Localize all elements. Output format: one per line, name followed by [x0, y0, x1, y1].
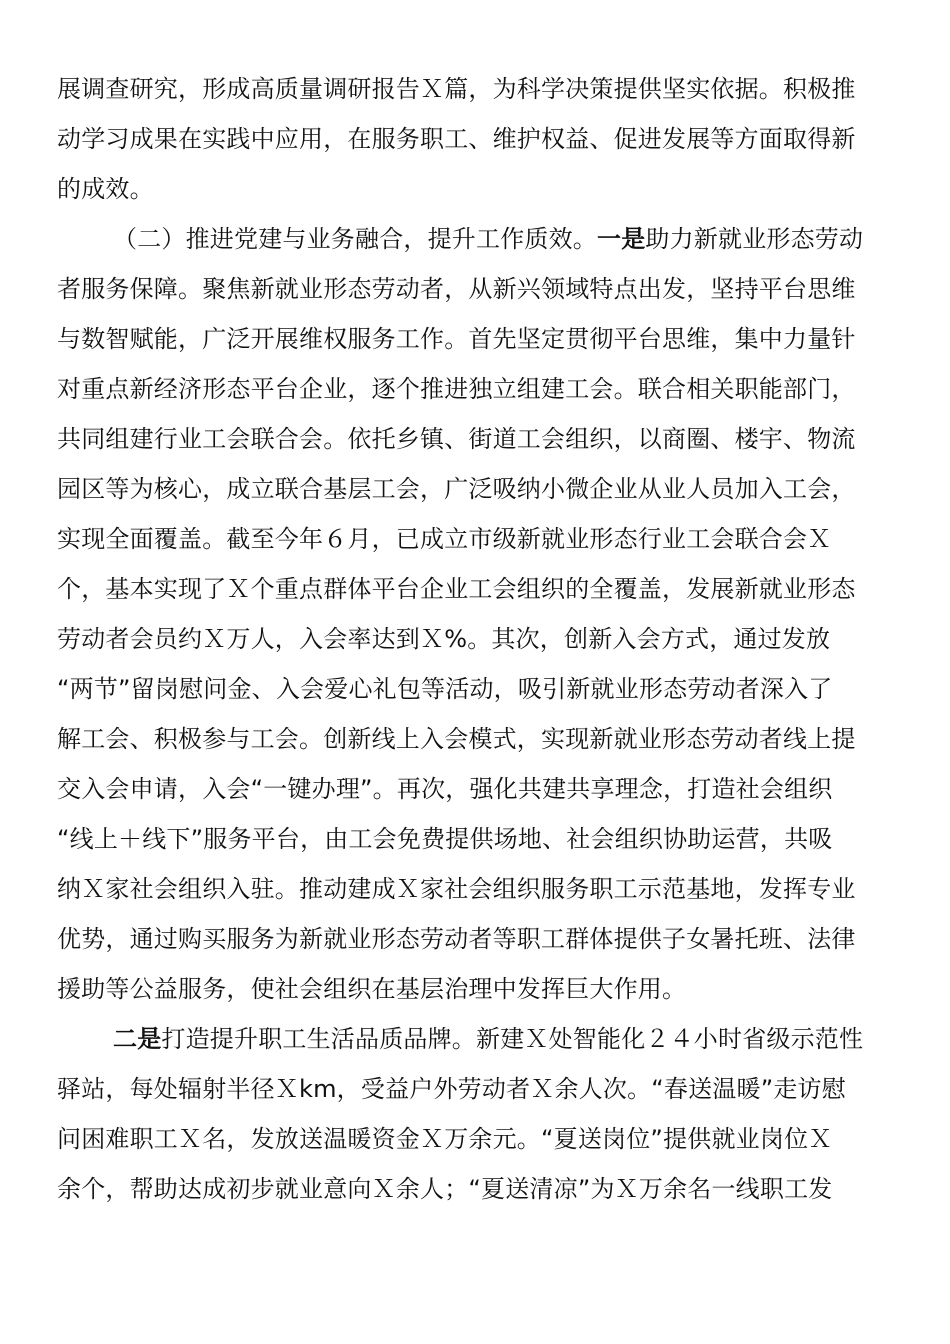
- text-segment: 个，基本实现了Ｘ个重点群体平台企业工会组织的全覆盖，发展新就业形态: [57, 575, 856, 603]
- text-line: 展调查研究，形成高质量调研报告Ｘ篇，为科学决策提供坚实依据。积极推: [57, 64, 887, 114]
- text-line: 驿站，每处辐射半径Ｘkm，受益户外劳动者Ｘ余人次。“春送温暖”走访慰: [57, 1064, 887, 1114]
- text-line: 二是打造提升职工生活品质品牌。新建Ｘ处智能化２４小时省级示范性: [57, 1014, 887, 1064]
- text-segment: 展调查研究，形成高质量调研报告Ｘ篇，为科学决策提供坚实依据。积极推: [57, 75, 856, 103]
- text-segment: 劳动者会员约Ｘ万人，入会率达到Ｘ%。其次，创新入会方式，通过发放: [57, 625, 830, 653]
- text-segment: 优势，通过购买服务为新就业形态劳动者等职工群体提供子女暑托班、法律: [57, 925, 856, 953]
- text-line: 与数智赋能，广泛开展维权服务工作。首先坚定贯彻平台思维，集中力量针: [57, 314, 887, 364]
- text-segment: 对重点新经济形态平台企业，逐个推进独立组建工会。联合相关职能部门，: [57, 375, 856, 403]
- text-line: 实现全面覆盖。截至今年６月，已成立市级新就业形态行业工会联合会Ｘ: [57, 514, 887, 564]
- text-segment: “线上＋线下”服务平台，由工会免费提供场地、社会组织协助运营，共吸: [57, 825, 832, 853]
- text-line: （二）推进党建与业务融合，提升工作质效。一是助力新就业形态劳动: [57, 214, 887, 264]
- text-segment: 问困难职工Ｘ名，发放送温暖资金Ｘ万余元。“夏送岗位”提供就业岗位Ｘ: [57, 1125, 832, 1153]
- text-segment: 援助等公益服务，使社会组织在基层治理中发挥巨大作用。: [57, 975, 686, 1003]
- text-segment: 者服务保障。聚焦新就业形态劳动者，从新兴领域特点出发，坚持平台思维: [57, 275, 856, 303]
- text-line: 援助等公益服务，使社会组织在基层治理中发挥巨大作用。: [57, 964, 887, 1014]
- text-line: 交入会申请，入会“一键办理”。再次，强化共建共享理念，打造社会组织: [57, 764, 887, 814]
- text-segment: 实现全面覆盖。截至今年６月，已成立市级新就业形态行业工会联合会Ｘ: [57, 525, 831, 553]
- text-line: 动学习成果在实践中应用，在服务职工、维护权益、促进发展等方面取得新: [57, 114, 887, 164]
- text-line: 对重点新经济形态平台企业，逐个推进独立组建工会。联合相关职能部门，: [57, 364, 887, 414]
- text-line: 个，基本实现了Ｘ个重点群体平台企业工会组织的全覆盖，发展新就业形态: [57, 564, 887, 614]
- text-line: 的成效。: [57, 164, 887, 214]
- text-line: 纳Ｘ家社会组织入驻。推动建成Ｘ家社会组织服务职工示范基地，发挥专业: [57, 864, 887, 914]
- paragraph-continuation: 展调查研究，形成高质量调研报告Ｘ篇，为科学决策提供坚实依据。积极推 动学习成果在…: [57, 64, 887, 214]
- text-segment: 驿站，每处辐射半径Ｘkm，受益户外劳动者Ｘ余人次。“春送温暖”走访慰: [57, 1075, 846, 1103]
- text-line: 优势，通过购买服务为新就业形态劳动者等职工群体提供子女暑托班、法律: [57, 914, 887, 964]
- text-line: 问困难职工Ｘ名，发放送温暖资金Ｘ万余元。“夏送岗位”提供就业岗位Ｘ: [57, 1114, 887, 1164]
- text-segment: 共同组建行业工会联合会。依托乡镇、街道工会组织，以商圈、楼宇、物流: [57, 425, 856, 453]
- text-line: 者服务保障。聚焦新就业形态劳动者，从新兴领域特点出发，坚持平台思维: [57, 264, 887, 314]
- text-line: “线上＋线下”服务平台，由工会免费提供场地、社会组织协助运营，共吸: [57, 814, 887, 864]
- text-segment: 助力新就业形态劳动: [645, 225, 863, 253]
- text-segment: 动学习成果在实践中应用，在服务职工、维护权益、促进发展等方面取得新: [57, 125, 856, 153]
- text-line: 劳动者会员约Ｘ万人，入会率达到Ｘ%。其次，创新入会方式，通过发放: [57, 614, 887, 664]
- section-heading: （二）推进党建与业务融合，提升工作质效。: [113, 225, 597, 253]
- paragraph-section-two: （二）推进党建与业务融合，提升工作质效。一是助力新就业形态劳动 者服务保障。聚焦…: [57, 214, 887, 1014]
- text-segment: 打造提升职工生活品质品牌。新建Ｘ处智能化２４小时省级示范性: [161, 1025, 863, 1053]
- text-line: “两节”留岗慰问金、入会爱心礼包等活动，吸引新就业形态劳动者深入了: [57, 664, 887, 714]
- text-line: 共同组建行业工会联合会。依托乡镇、街道工会组织，以商圈、楼宇、物流: [57, 414, 887, 464]
- text-segment: 园区等为核心，成立联合基层工会，广泛吸纳小微企业从业人员加入工会，: [57, 475, 856, 503]
- document-page: 展调查研究，形成高质量调研报告Ｘ篇，为科学决策提供坚实依据。积极推 动学习成果在…: [57, 64, 887, 1214]
- text-segment: “两节”留岗慰问金、入会爱心礼包等活动，吸引新就业形态劳动者深入了: [57, 675, 832, 703]
- paragraph-point-two: 二是打造提升职工生活品质品牌。新建Ｘ处智能化２４小时省级示范性 驿站，每处辐射半…: [57, 1014, 887, 1214]
- text-segment: 的成效。: [57, 175, 154, 203]
- bold-lead-phrase: 一是: [597, 225, 645, 253]
- text-segment: 余个，帮助达成初步就业意向Ｘ余人；“夏送清凉”为Ｘ万余名一线职工发: [57, 1175, 832, 1203]
- text-segment: 纳Ｘ家社会组织入驻。推动建成Ｘ家社会组织服务职工示范基地，发挥专业: [57, 875, 856, 903]
- text-line: 余个，帮助达成初步就业意向Ｘ余人；“夏送清凉”为Ｘ万余名一线职工发: [57, 1164, 887, 1214]
- text-segment: 解工会、积极参与工会。创新线上入会模式，实现新就业形态劳动者线上提: [57, 725, 856, 753]
- text-segment: 与数智赋能，广泛开展维权服务工作。首先坚定贯彻平台思维，集中力量针: [57, 325, 856, 353]
- text-segment: 交入会申请，入会“一键办理”。再次，强化共建共享理念，打造社会组织: [57, 775, 832, 803]
- text-line: 解工会、积极参与工会。创新线上入会模式，实现新就业形态劳动者线上提: [57, 714, 887, 764]
- text-line: 园区等为核心，成立联合基层工会，广泛吸纳小微企业从业人员加入工会，: [57, 464, 887, 514]
- bold-lead-phrase: 二是: [113, 1025, 161, 1053]
